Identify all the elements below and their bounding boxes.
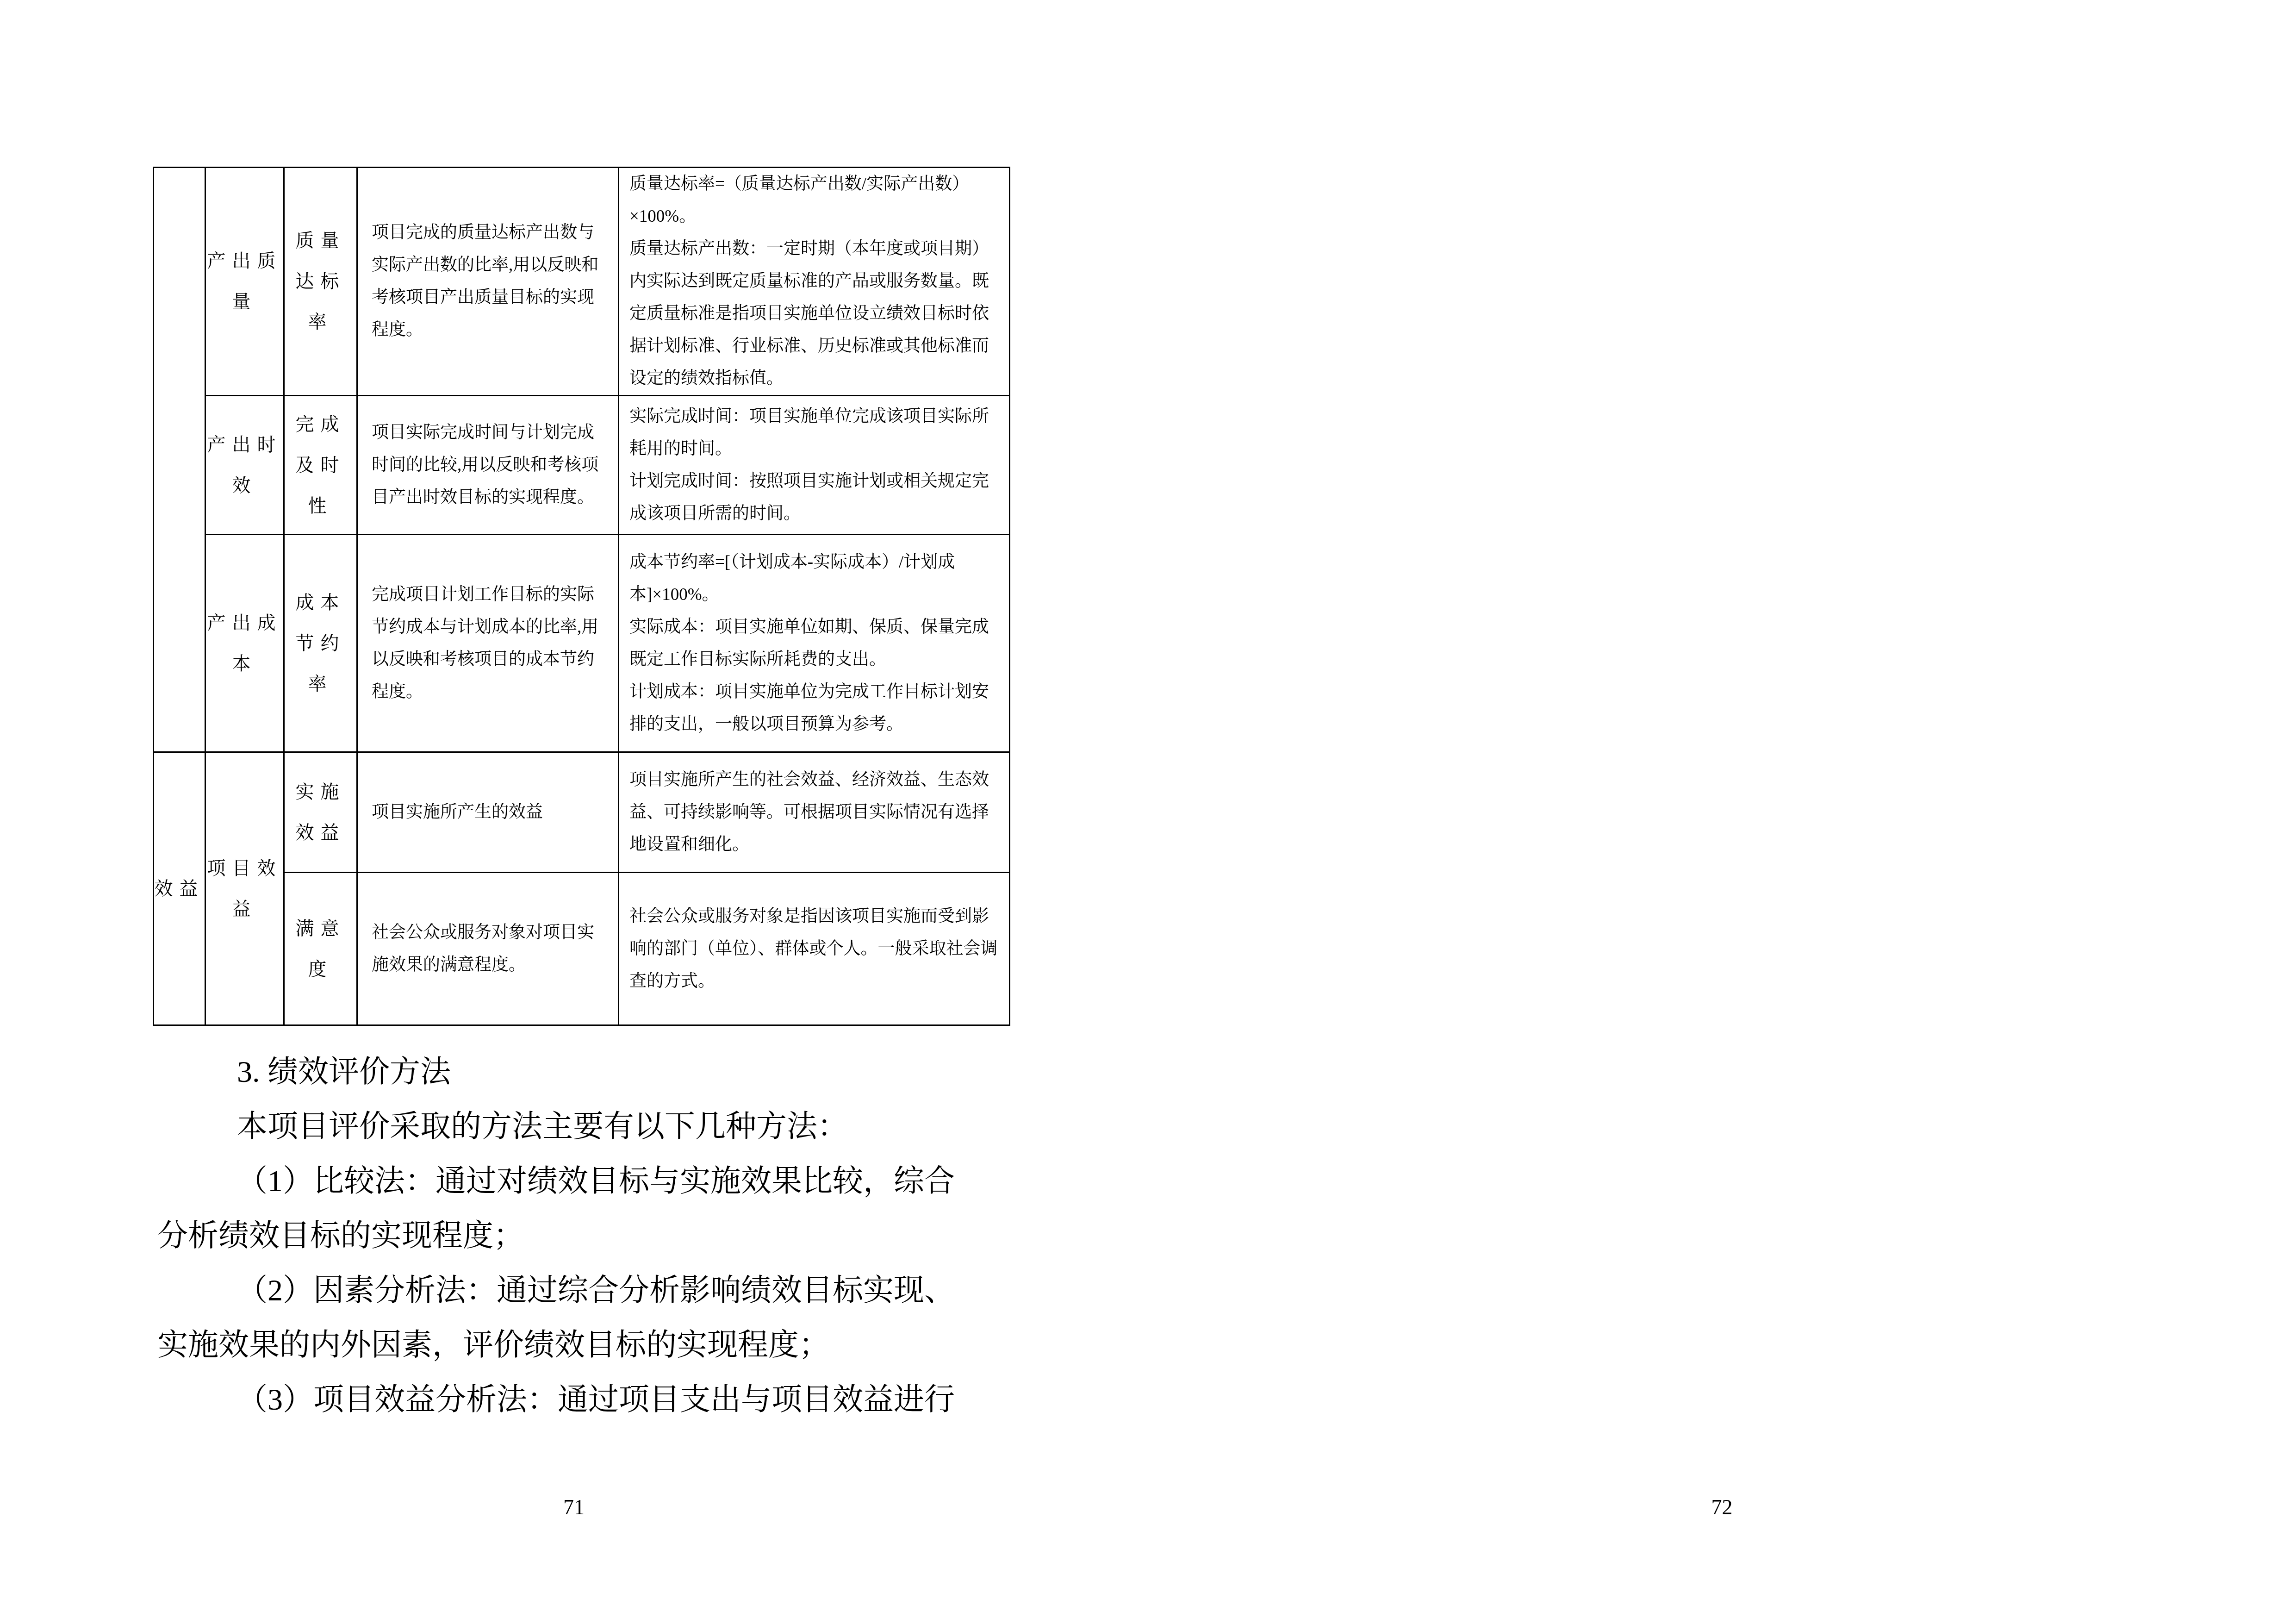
cell-paragraph: 质量达标率=（质量达标产出数/实际产出数）×100%。	[629, 168, 999, 233]
document-canvas: 产出质量质量达标率项目完成的质量达标产出数与实际产出数的比率,用以反映和考核项目…	[0, 0, 2296, 1624]
indicator-label-cell: 完成及时性	[284, 396, 357, 535]
cell-paragraph: 计划完成时间：按照项目实施计划或相关规定完成该项目所需的时间。	[629, 465, 999, 530]
page-71: 产出质量质量达标率项目完成的质量达标产出数与实际产出数的比率,用以反映和考核项目…	[0, 0, 1148, 1624]
text-segment: 实施效果的内外因素，评价绩效目标的实现程度；	[157, 1328, 829, 1362]
text-segment: （2）因素分析法：通过综合分析影响绩效目标实现、	[237, 1274, 955, 1307]
cell-paragraph: 项目实际完成时间与计划完成时间的比较,用以反映和考核项目产出时效目标的实现程度。	[372, 417, 604, 514]
indicator-formula-cell: 质量达标率=（质量达标产出数/实际产出数）×100%。质量达标产出数：一定时期（…	[619, 168, 1010, 396]
body-text-line: 本项目评价采取的方法主要有以下几种方法：	[237, 1099, 848, 1155]
cell-paragraph: 项目实施所产生的社会效益、经济效益、生态效益、可持续影响等。可根据项目实际情况有…	[629, 764, 999, 861]
cell-paragraph: 社会公众或服务对象是指因该项目实施而受到影响的部门（单位）、群体或个人。一般采取…	[629, 900, 999, 998]
indicator-label-cell: 项目效益	[205, 752, 284, 1025]
indicator-label-cell: 效益	[154, 752, 205, 1025]
indicator-label-cell	[154, 168, 205, 752]
table-row: 产出成本成本节约率完成项目计划工作目标的实际节约成本与计划成本的比率,用以反映和…	[154, 535, 1010, 752]
indicator-label-cell: 产出时效	[205, 396, 284, 535]
page-number-left: 71	[0, 1493, 1148, 1521]
indicator-definition-cell: 社会公众或服务对象对项目实施效果的满意程度。	[357, 873, 619, 1025]
text-segment: 分析绩效目标的实现程度；	[157, 1219, 524, 1253]
cell-paragraph: 实际成本：项目实施单位如期、保质、保量完成既定工作目标实际所耗费的支出。	[629, 611, 999, 676]
table-row: 产出时效完成及时性项目实际完成时间与计划完成时间的比较,用以反映和考核项目产出时…	[154, 396, 1010, 535]
cell-paragraph: 实施效益	[285, 772, 356, 853]
cell-paragraph: 成本节约率	[285, 582, 356, 705]
indicator-definition-table: 产出质量质量达标率项目完成的质量达标产出数与实际产出数的比率,用以反映和考核项目…	[153, 167, 1010, 1026]
cell-paragraph: 项目实施所产生的效益	[372, 796, 604, 829]
body-text-line: 实施效果的内外因素，评价绩效目标的实现程度；	[157, 1318, 829, 1373]
body-text-line: 3. 绩效评价方法	[237, 1044, 451, 1100]
cell-paragraph: 完成及时性	[285, 404, 356, 526]
cell-paragraph: 计划成本：项目实施单位为完成工作目标计划安排的支出，一般以项目预算为参考。	[629, 676, 999, 741]
cell-paragraph: 质量达标产出数：一定时期（本年度或项目期）内实际达到既定质量标准的产品或服务数量…	[629, 233, 999, 395]
indicator-table: 产出质量质量达标率项目完成的质量达标产出数与实际产出数的比率,用以反映和考核项目…	[153, 167, 1010, 1026]
indicator-label-cell: 满意度	[284, 873, 357, 1025]
table-row: 产出质量质量达标率项目完成的质量达标产出数与实际产出数的比率,用以反映和考核项目…	[154, 168, 1010, 396]
cell-paragraph: 完成项目计划工作目标的实际节约成本与计划成本的比率,用以反映和考核项目的成本节约…	[372, 579, 604, 708]
indicator-definition-cell: 项目实施所产生的效益	[357, 752, 619, 873]
cell-paragraph: 成本节约率=[（计划成本-实际成本）/计划成本]×100%。	[629, 546, 999, 611]
cell-paragraph: 产出成本	[206, 603, 283, 684]
cell-paragraph: 项目完成的质量达标产出数与实际产出数的比率,用以反映和考核项目产出质量目标的实现…	[372, 217, 604, 346]
cell-paragraph: 社会公众或服务对象对项目实施效果的满意程度。	[372, 917, 604, 981]
body-text-line: （3）项目效益分析法：通过项目支出与项目效益进行	[237, 1372, 955, 1428]
text-segment: （3）项目效益分析法：通过项目支出与项目效益进行	[237, 1383, 955, 1417]
indicator-formula-cell: 项目实施所产生的社会效益、经济效益、生态效益、可持续影响等。可根据项目实际情况有…	[619, 752, 1010, 873]
body-text-line: （2）因素分析法：通过综合分析影响绩效目标实现、	[237, 1263, 955, 1318]
indicator-definition-cell: 项目完成的质量达标产出数与实际产出数的比率,用以反映和考核项目产出质量目标的实现…	[357, 168, 619, 396]
text-segment: 3. 绩效评价方法	[237, 1055, 451, 1089]
indicator-label-cell: 产出质量	[205, 168, 284, 396]
indicator-label-cell: 实施效益	[284, 752, 357, 873]
indicator-formula-cell: 实际完成时间：项目实施单位完成该项目实际所耗用的时间。计划完成时间：按照项目实施…	[619, 396, 1010, 535]
cell-paragraph: 产出质量	[206, 241, 283, 322]
indicator-formula-cell: 社会公众或服务对象是指因该项目实施而受到影响的部门（单位）、群体或个人。一般采取…	[619, 873, 1010, 1025]
cell-paragraph: 满意度	[285, 908, 356, 990]
body-text-line: 分析绩效目标的实现程度；	[157, 1208, 524, 1264]
indicator-label-cell: 成本节约率	[284, 535, 357, 752]
cell-paragraph: 项目效益	[206, 848, 283, 930]
indicator-formula-cell: 成本节约率=[（计划成本-实际成本）/计划成本]×100%。实际成本：项目实施单…	[619, 535, 1010, 752]
table-row: 效益项目效益实施效益项目实施所产生的效益项目实施所产生的社会效益、经济效益、生态…	[154, 752, 1010, 873]
cell-paragraph: 产出时效	[206, 425, 283, 506]
indicator-label-cell: 产出成本	[205, 535, 284, 752]
text-segment: 本项目评价采取的方法主要有以下几种方法：	[237, 1110, 848, 1143]
indicator-definition-cell: 项目实际完成时间与计划完成时间的比较,用以反映和考核项目产出时效目标的实现程度。	[357, 396, 619, 535]
text-segment: （1）比较法：通过对绩效目标与实施效果比较，综合	[237, 1164, 955, 1198]
cell-paragraph: 质量达标率	[285, 220, 356, 343]
indicator-definition-cell: 完成项目计划工作目标的实际节约成本与计划成本的比率,用以反映和考核项目的成本节约…	[357, 535, 619, 752]
cell-paragraph: 效益	[154, 868, 205, 909]
cell-paragraph: 实际完成时间：项目实施单位完成该项目实际所耗用的时间。	[629, 400, 999, 465]
indicator-label-cell: 质量达标率	[284, 168, 357, 396]
page-number-right: 72	[1148, 1493, 2296, 1521]
page-72: 对比分析，评价绩效目标的实现程度；（4）公众评价法：通过问卷调查对项目支出效果进…	[1148, 0, 2296, 1624]
body-text-line: （1）比较法：通过对绩效目标与实施效果比较，综合	[237, 1154, 955, 1209]
